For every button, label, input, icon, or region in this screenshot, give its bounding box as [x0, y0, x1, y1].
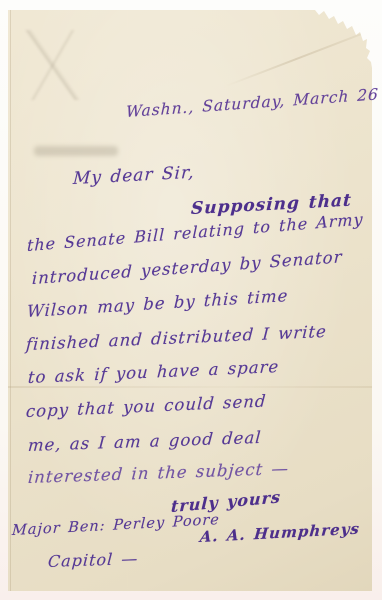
diagonal-crease [226, 31, 367, 87]
pencil-inscription [14, 30, 94, 100]
fold-crease [8, 386, 372, 388]
paper-edge-crease [10, 10, 11, 591]
recipient-address: Capitol — [47, 549, 139, 571]
faint-stamp-mark [34, 146, 118, 156]
scanned-letter: Washn., Saturday, March 26 My dear Sir, … [0, 0, 382, 600]
